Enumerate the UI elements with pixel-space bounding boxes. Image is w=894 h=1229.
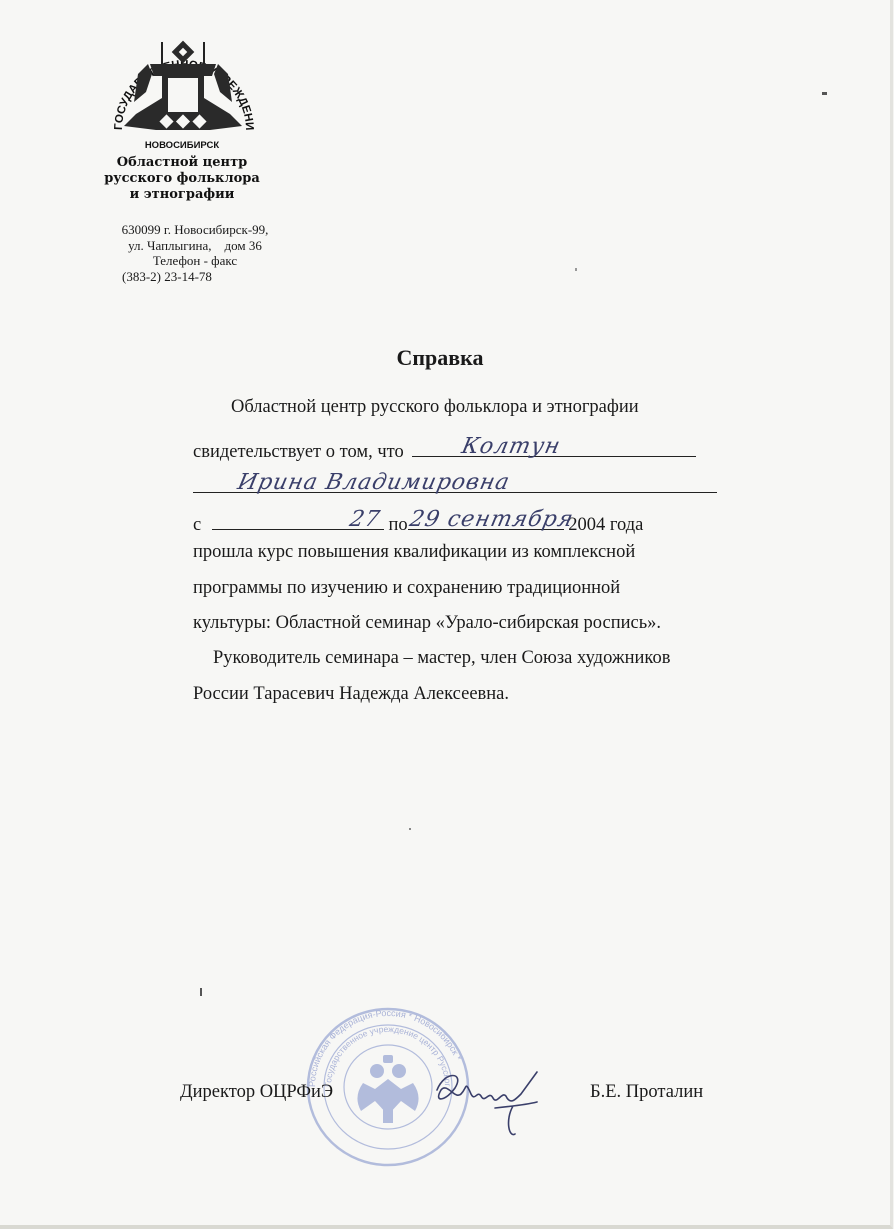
svg-text:НОВОСИБИРСК: НОВОСИБИРСК [145,140,220,151]
body-line: прошла курс повышения квалификации из ко… [193,542,635,563]
body-line-dates: с 27 по 29 сентября 2004 года [193,507,643,536]
letterhead-address: 630099 г. Новосибирск-99, ул. Чаплыгина,… [100,222,290,284]
body-line: программы по изучению и сохранению тради… [193,578,620,599]
date-from-handwritten: 27 [347,507,382,532]
date-prefix: с [193,515,201,535]
svg-text:и этнографии: и этнографии [130,187,235,202]
scan-speck [200,988,202,996]
date-suffix: 2004 года [568,515,643,535]
document-title: Справка [0,345,880,371]
address-line: Телефон - факс [100,253,290,269]
document-page: ГОСУДАРСТВЕННОЕ УЧРЕЖДЕНИЕ КУЛЬТУРЫ НОВО… [0,0,893,1229]
date-from-field: 27 [212,507,384,530]
surname-handwritten: Колтун [460,434,564,459]
date-to-handwritten: 29 сентября [407,507,576,532]
date-mid: по [388,515,407,535]
given-names-field: Ирина Владимировна [193,470,717,493]
svg-text:Областной центр: Областной центр [117,155,247,170]
address-line: (383-2) 23-14-78 [100,269,290,285]
certifies-text: свидетельствует о том, что [193,442,404,462]
surname-field: Колтун [412,434,696,457]
scan-speck [575,268,577,271]
director-title: Директор ОЦРФиЭ [180,1082,333,1103]
scan-speck [409,828,411,830]
leader-line: Руководитель семинара – мастер, член Сою… [213,648,670,669]
given-names-handwritten: Ирина Владимировна [235,470,512,495]
body-line-2: свидетельствует о том, что Колтун [193,434,696,463]
body-line-3: Ирина Владимировна [193,470,717,499]
scan-speck [822,92,827,95]
address-line: 630099 г. Новосибирск-99, [100,222,290,238]
director-signature [425,1060,545,1140]
leader-line: России Тарасевич Надежда Алексеевна. [193,684,509,705]
address-line: ул. Чаплыгина, дом 36 [100,238,290,254]
organization-logo: ГОСУДАРСТВЕННОЕ УЧРЕЖДЕНИЕ КУЛЬТУРЫ НОВО… [100,2,264,207]
director-name: Б.Е. Проталин [590,1082,703,1103]
body-line-1: Областной центр русского фольклора и этн… [231,397,639,418]
svg-text:русского фольклора: русского фольклора [104,171,260,186]
body-line: культуры: Областной семинар «Урало-сибир… [193,613,661,634]
date-to-field: 29 сентября [408,507,564,530]
